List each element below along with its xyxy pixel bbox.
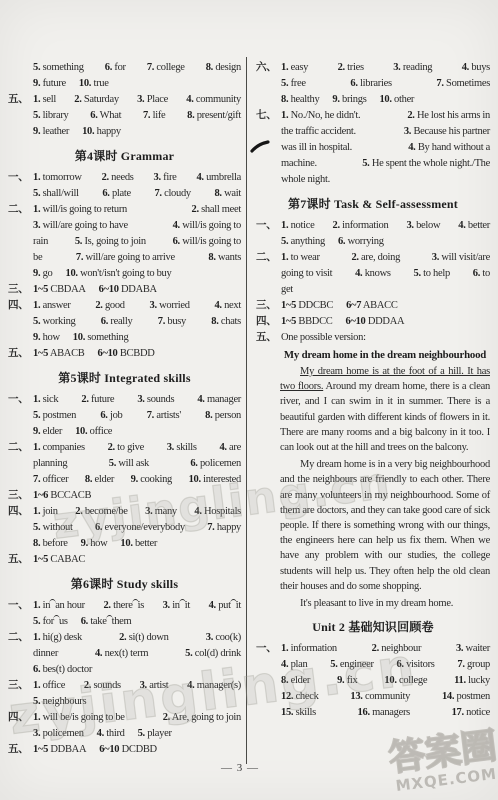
- answer-item: 6. really: [101, 314, 133, 330]
- answer-line: be7. will/are going to arrive8. wants: [8, 250, 241, 266]
- answer-item: 5. col(d) drink: [185, 646, 241, 662]
- section-number-label: 四、: [8, 504, 28, 520]
- pencil-mark-icon: [250, 140, 270, 159]
- answer-line: 6. bes(t) doctor: [8, 662, 241, 678]
- answer-item: be: [33, 250, 42, 266]
- answer-line: the traffic accident.3. Because his part…: [256, 124, 490, 140]
- answer-item: 4. putit: [209, 598, 241, 614]
- answer-item: 9. cooking: [131, 472, 172, 488]
- answer-item: 8. before: [33, 536, 68, 552]
- answer-item: 1. sell: [33, 92, 56, 108]
- lesson-header: 第6课时 Study skills: [8, 577, 241, 592]
- answer-item: 5. shall/will: [33, 186, 79, 202]
- answer-line: 三、1~5 CBDAA6~10 DDABA: [8, 282, 241, 298]
- answer-item: 1~5 BBDCC: [281, 314, 333, 330]
- answer-item: 1. answer: [33, 298, 71, 314]
- answer-line: 5. neighbours: [8, 694, 241, 710]
- answer-item: 6~10 DDABA: [99, 282, 157, 298]
- answer-line: 三、1~5 DDCBC6~7 ABACC: [256, 298, 490, 314]
- answer-line: 3. will/are going to have4. will/is goin…: [8, 218, 241, 234]
- answer-line: was ill in hospital.4. By hand without a: [256, 140, 490, 156]
- answer-item: 5. something: [33, 60, 84, 76]
- answer-line: 一、1. notice2. information3. below4. bett…: [256, 218, 490, 234]
- answer-line: 五、1. sell2. Saturday3. Place4. community: [8, 92, 241, 108]
- liaison-tie-mark: [106, 615, 113, 620]
- answer-item: 7. will/are going to arrive: [76, 250, 175, 266]
- lesson-header: Unit 2 基础知识回顾卷: [256, 620, 490, 635]
- answer-item: 6~7 ABACC: [346, 298, 398, 314]
- answer-item: 2. si(t) down: [119, 630, 168, 646]
- answer-item: 2. shall meet: [192, 202, 241, 218]
- answer-line: 4. plan5. engineer6. visitors7. group: [256, 657, 490, 673]
- answer-line: 5. postmen6. job7. artists'8. person: [8, 408, 241, 424]
- scanned-answer-page: 5. something6. for7. college8. design9. …: [0, 0, 498, 800]
- answer-item: 6. to: [473, 266, 490, 282]
- answer-item: 1~5 ABACB: [33, 346, 85, 362]
- answer-item: 5. forus: [33, 614, 68, 630]
- answer-item: 4. will/is going to: [173, 218, 241, 234]
- answer-item: 3. waiter: [456, 641, 490, 657]
- answer-item: 7. cloudy: [154, 186, 190, 202]
- answer-item: 9. how: [81, 536, 108, 552]
- answer-item: 3. fire: [154, 170, 177, 186]
- answer-item: 1. office: [33, 678, 65, 694]
- answer-item: 1. will/is going to return: [33, 202, 127, 218]
- answer-item: 15. skills: [281, 705, 316, 721]
- answer-item: 3. sounds: [137, 392, 174, 408]
- section-number-label: 七、: [256, 108, 276, 124]
- section-number-label: 六、: [256, 60, 276, 76]
- answer-line: 二、1. companies2. to give3. skills4. are: [8, 440, 241, 456]
- answer-item: whole night.: [281, 172, 330, 188]
- answer-item: 2. Saturday: [74, 92, 119, 108]
- answer-item: 1. inan hour: [33, 598, 85, 614]
- page-number: — 3 —: [190, 762, 290, 774]
- answer-item: 6. job: [100, 408, 122, 424]
- lesson-header: 第4课时 Grammar: [8, 149, 241, 164]
- essay-paragraph: It's pleasant to live in my dream home.: [256, 596, 490, 611]
- answer-item: 1. information: [281, 641, 337, 657]
- answer-item: 10. true: [79, 76, 109, 92]
- answer-item: 3. reading: [393, 60, 432, 76]
- answer-item: going to visit: [281, 266, 332, 282]
- answer-item: 8. wait: [214, 186, 241, 202]
- answer-line: 五、1~5 DDBAA6~10 DCDBD: [8, 742, 241, 758]
- section-number-label: 一、: [8, 170, 28, 186]
- answer-item: 10. interested: [189, 472, 241, 488]
- answer-item: One possible version:: [281, 330, 366, 346]
- answer-item: 1~5 CBDAA: [33, 282, 86, 298]
- answer-item: 6. takethem: [81, 614, 132, 630]
- answer-line: 一、1. information2. neighbour3. waiter: [256, 641, 490, 657]
- answer-item: 5. to help: [414, 266, 450, 282]
- answer-item: 1. will be/is going to be: [33, 710, 125, 726]
- answer-item: 2. become/be: [75, 504, 127, 520]
- answer-item: 4. community: [186, 92, 241, 108]
- answer-item: 4. plan: [281, 657, 308, 673]
- answer-line: 5. forus6. takethem: [8, 614, 241, 630]
- answer-item: 9. elder: [33, 424, 62, 440]
- answer-item: 9. go: [33, 266, 53, 282]
- answer-item: 7. group: [457, 657, 490, 673]
- answer-line: machine.5. He spent the whole night./The: [256, 156, 490, 172]
- answer-line: 五、One possible version:: [256, 330, 490, 346]
- answer-item: 3. artist: [140, 678, 169, 694]
- answer-item: 11. lucky: [454, 673, 490, 689]
- essay-paragraph: My dream home is at the foot of a hill. …: [256, 364, 490, 455]
- section-number-label: 二、: [8, 440, 28, 456]
- answer-line: going to visit4. knows5. to help6. to: [256, 266, 490, 282]
- answer-item: 7. artists': [147, 408, 181, 424]
- answer-item: 2. tries: [338, 60, 364, 76]
- answer-item: 10. better: [120, 536, 157, 552]
- essay-title: My dream home in the dream neighbourhood: [256, 348, 490, 363]
- section-number-label: 五、: [8, 92, 28, 108]
- answer-line: dinner4. nex(t) term5. col(d) drink: [8, 646, 241, 662]
- answer-item: 6~10 DDDAA: [346, 314, 405, 330]
- answer-item: 7. college: [147, 60, 185, 76]
- section-number-label: 二、: [8, 630, 28, 646]
- answer-item: 4. knows: [355, 266, 391, 282]
- section-number-label: 一、: [8, 392, 28, 408]
- answer-item: 3. init: [163, 598, 190, 614]
- section-number-label: 四、: [8, 710, 28, 726]
- answer-item: 6~10 BCBDD: [98, 346, 155, 362]
- answer-line: 五、1~5 ABACB6~10 BCBDD: [8, 346, 241, 362]
- answer-line: 四、1. join2. become/be3. many4. Hospitals: [8, 504, 241, 520]
- answer-item: 2. neighbour: [372, 641, 421, 657]
- answer-item: 1. companies: [33, 440, 85, 456]
- answer-line: 一、1. inan hour2. thereis3. init4. putit: [8, 598, 241, 614]
- answer-line: 9. elder10. office: [8, 424, 241, 440]
- answer-item: 4. are: [219, 440, 241, 456]
- section-number-label: 五、: [8, 346, 28, 362]
- answer-item: 5. will ask: [109, 456, 149, 472]
- answer-item: 1~5 CABAC: [33, 552, 85, 568]
- section-number-label: 一、: [8, 598, 28, 614]
- answer-item: 10. other: [379, 92, 414, 108]
- answer-item: 5. player: [138, 726, 172, 742]
- answer-item: 2. thereis: [103, 598, 144, 614]
- answer-item: 7. Sometimes: [436, 76, 490, 92]
- answer-item: 4. manager(s): [187, 678, 241, 694]
- answer-item: 17. notice: [452, 705, 490, 721]
- answer-item: 4. By hand without a: [408, 140, 490, 156]
- column-divider: [246, 57, 247, 764]
- answer-line: rain5. Is, going to join6. will/is going…: [8, 234, 241, 250]
- answer-item: 1. join: [33, 504, 58, 520]
- answer-item: 1. sick: [33, 392, 58, 408]
- liaison-tie-mark: [53, 615, 60, 620]
- section-number-label: 五、: [8, 552, 28, 568]
- answer-item: 4. better: [458, 218, 490, 234]
- answer-item: 5. Is, going to join: [75, 234, 146, 250]
- answer-item: 1. hi(g) desk: [33, 630, 82, 646]
- answer-item: 1. tomorrow: [33, 170, 82, 186]
- answer-line: 5. shall/will6. plate7. cloudy8. wait: [8, 186, 241, 202]
- liaison-tie-mark: [132, 599, 139, 604]
- answer-line: 5. free6. libraries7. Sometimes: [256, 76, 490, 92]
- answer-item: 6. will/is going to: [173, 234, 241, 250]
- answer-item: 6. for: [105, 60, 126, 76]
- answer-line: whole night.: [256, 172, 490, 188]
- answer-item: 9. leather: [33, 124, 69, 140]
- answer-line: 一、1. sick2. future3. sounds4. manager: [8, 392, 241, 408]
- answer-item: 4. next: [214, 298, 241, 314]
- answer-item: 6. visitors: [396, 657, 434, 673]
- answer-item: 16. managers: [358, 705, 410, 721]
- section-number-label: 三、: [8, 282, 28, 298]
- answer-item: 3. Because his partner: [404, 124, 490, 140]
- answer-line: 9. how10. something: [8, 330, 241, 346]
- answer-item: 3. will/are going to have: [33, 218, 128, 234]
- answer-item: 6. libraries: [350, 76, 391, 92]
- answer-item: 5. working: [33, 314, 76, 330]
- essay-text: My dream home is in a very big neighbour…: [280, 459, 490, 592]
- answer-item: 5. anything: [281, 234, 325, 250]
- answer-line: 五、1~5 CABAC: [8, 552, 241, 568]
- section-number-label: 五、: [8, 742, 28, 758]
- section-number-label: 一、: [256, 218, 276, 234]
- answer-item: machine.: [281, 156, 317, 172]
- answer-item: 4. buys: [462, 60, 490, 76]
- answer-item: 3. Place: [137, 92, 168, 108]
- answer-line: 9. future10. true: [8, 76, 241, 92]
- answer-item: 9. fix: [337, 673, 357, 689]
- answer-line: get: [256, 282, 490, 298]
- answer-item: 2. are, doing: [351, 250, 400, 266]
- answer-item: was ill in hospital.: [281, 140, 352, 156]
- answer-line: 三、1. office2. sounds3. artist4. manager(…: [8, 678, 241, 694]
- answer-line: 8. elder9. fix10. college11. lucky: [256, 673, 490, 689]
- answer-item: 10. college: [384, 673, 427, 689]
- answer-item: 6. worrying: [338, 234, 384, 250]
- answer-item: 5. He spent the whole night./The: [362, 156, 490, 172]
- answer-item: 3. many: [145, 504, 177, 520]
- answer-item: 10. office: [75, 424, 112, 440]
- answer-item: 3. policemen: [33, 726, 84, 742]
- answer-item: 7. life: [143, 108, 165, 124]
- answer-item: 3. will visit/are: [432, 250, 490, 266]
- answer-item: 9. how: [33, 330, 60, 346]
- answer-item: 2. He lost his arms in: [407, 108, 490, 124]
- answer-line: 7. officer8. elder9. cooking10. interest…: [8, 472, 241, 488]
- answer-item: 9. brings: [332, 92, 366, 108]
- answer-line: 三、1~6 BCCACB: [8, 488, 241, 504]
- answer-line: 9. go10. won't/isn't going to buy: [8, 266, 241, 282]
- answer-item: 5. neighbours: [33, 694, 86, 710]
- essay-text: It's pleasant to live in my dream home.: [300, 598, 453, 609]
- answer-line: 四、1. will be/is going to be2. Are, going…: [8, 710, 241, 726]
- answer-item: 2. future: [81, 392, 114, 408]
- answer-item: 1~5 DDBAA: [33, 742, 86, 758]
- answer-item: 6. What: [90, 108, 121, 124]
- answer-item: 3. below: [406, 218, 440, 234]
- liaison-tie-mark: [230, 599, 237, 604]
- liaison-tie-mark: [49, 599, 56, 604]
- section-number-label: 三、: [8, 678, 28, 694]
- answer-item: 8. elder: [281, 673, 310, 689]
- answer-item: 8. person: [205, 408, 241, 424]
- answer-item: 7. busy: [158, 314, 186, 330]
- section-number-label: 五、: [256, 330, 276, 346]
- answer-item: 13. community: [350, 689, 410, 705]
- answer-item: planning: [33, 456, 67, 472]
- answer-item: 5. library: [33, 108, 69, 124]
- answer-item: 6. everyone/everybody: [95, 520, 185, 536]
- answer-item: 8. chats: [211, 314, 241, 330]
- answer-item: 1. to wear: [281, 250, 320, 266]
- answer-item: 1. easy: [281, 60, 308, 76]
- answer-item: get: [281, 282, 293, 298]
- answer-circle-watermark: 答案圈 MXQE.COM: [387, 727, 498, 796]
- answer-item: 9. future: [33, 76, 66, 92]
- answer-item: 3. skills: [167, 440, 197, 456]
- answer-item: 6. bes(t) doctor: [33, 662, 92, 678]
- answer-item: 4. third: [97, 726, 125, 742]
- liaison-tie-mark: [179, 599, 186, 604]
- lesson-header: 第7课时 Task & Self-assessment: [256, 197, 490, 212]
- answer-item: 14. postmen: [442, 689, 490, 705]
- answer-item: 2. sounds: [84, 678, 121, 694]
- answer-item: 6~10 DCDBD: [99, 742, 157, 758]
- answer-item: 5. engineer: [330, 657, 373, 673]
- answer-item: 2. Are, going to join: [163, 710, 241, 726]
- answer-item: 8. wants: [208, 250, 241, 266]
- answer-line: 二、1. to wear2. are, doing3. will visit/a…: [256, 250, 490, 266]
- answer-line: 12. check13. community14. postmen: [256, 689, 490, 705]
- section-number-label: 二、: [8, 202, 28, 218]
- section-number-label: 三、: [256, 298, 276, 314]
- answer-item: 7. happy: [207, 520, 241, 536]
- answer-item: 3. worried: [150, 298, 190, 314]
- answer-line: 9. leather10. happy: [8, 124, 241, 140]
- answer-line: 四、1. answer2. good3. worried4. next: [8, 298, 241, 314]
- answer-item: 1. No./No, he didn't.: [281, 108, 360, 124]
- answer-item: 1. notice: [281, 218, 314, 234]
- answer-item: 10. something: [73, 330, 129, 346]
- answer-item: 10. happy: [82, 124, 121, 140]
- answer-item: 8. elder: [85, 472, 114, 488]
- answer-line: 5. working6. really7. busy8. chats: [8, 314, 241, 330]
- answer-item: 7. officer: [33, 472, 68, 488]
- section-number-label: 四、: [256, 314, 276, 330]
- answer-item: 12. check: [281, 689, 319, 705]
- essay-paragraph: My dream home is in a very big neighbour…: [256, 457, 490, 594]
- watermark-logo-text: 答案圈: [387, 727, 498, 778]
- section-number-label: 一、: [256, 641, 276, 657]
- answer-line: planning5. will ask6. policemen: [8, 456, 241, 472]
- answer-item: 2. good: [95, 298, 124, 314]
- answer-item: 2. needs: [102, 170, 134, 186]
- answer-line: 8. healthy9. brings10. other: [256, 92, 490, 108]
- left-column: 5. something6. for7. college8. design9. …: [8, 60, 241, 758]
- answer-line: 5. library6. What7. life8. present/gift: [8, 108, 241, 124]
- answer-line: 六、1. easy2. tries3. reading4. buys: [256, 60, 490, 76]
- watermark-logo-site: MXQE.COM: [392, 764, 498, 795]
- answer-item: 4. Hospitals: [194, 504, 241, 520]
- answer-item: 8. design: [206, 60, 241, 76]
- answer-item: 4. umbrella: [196, 170, 241, 186]
- section-number-label: 四、: [8, 298, 28, 314]
- answer-item: dinner: [33, 646, 58, 662]
- answer-item: 5. without: [33, 520, 73, 536]
- section-number-label: 三、: [8, 488, 28, 504]
- answer-item: 8. healthy: [281, 92, 319, 108]
- answer-line: 二、1. will/is going to return2. shall mee…: [8, 202, 241, 218]
- answer-item: the traffic accident.: [281, 124, 356, 140]
- answer-item: 10. won't/isn't going to buy: [66, 266, 172, 282]
- answer-line: 二、1. hi(g) desk2. si(t) down3. coo(k): [8, 630, 241, 646]
- answer-item: rain: [33, 234, 48, 250]
- answer-item: 6. policemen: [190, 456, 241, 472]
- answer-item: 6. plate: [102, 186, 131, 202]
- answer-line: 15. skills16. managers17. notice: [256, 705, 490, 721]
- answer-item: 8. present/gift: [187, 108, 241, 124]
- answer-line: 3. policemen4. third5. player: [8, 726, 241, 742]
- answer-item: 4. nex(t) term: [95, 646, 148, 662]
- right-column: 六、1. easy2. tries3. reading4. buys5. fre…: [256, 60, 490, 721]
- answer-item: 2. information: [333, 218, 389, 234]
- lesson-header: 第5课时 Integrated skills: [8, 371, 241, 386]
- answer-item: 5. free: [281, 76, 306, 92]
- answer-item: 2. to give: [108, 440, 144, 456]
- answer-line: 5. without6. everyone/everybody7. happy: [8, 520, 241, 536]
- answer-item: 5. postmen: [33, 408, 76, 424]
- answer-line: 8. before9. how10. better: [8, 536, 241, 552]
- answer-item: 1~6 BCCACB: [33, 488, 91, 504]
- answer-item: 1~5 DDCBC: [281, 298, 333, 314]
- answer-item: 4. manager: [197, 392, 241, 408]
- answer-line: 5. anything6. worrying: [256, 234, 490, 250]
- section-number-label: 二、: [256, 250, 276, 266]
- answer-item: 3. coo(k): [206, 630, 241, 646]
- answer-line: 四、1~5 BBDCC6~10 DDDAA: [256, 314, 490, 330]
- answer-line: 5. something6. for7. college8. design: [8, 60, 241, 76]
- answer-line: 一、1. tomorrow2. needs3. fire4. umbrella: [8, 170, 241, 186]
- answer-line: 七、1. No./No, he didn't.2. He lost his ar…: [256, 108, 490, 124]
